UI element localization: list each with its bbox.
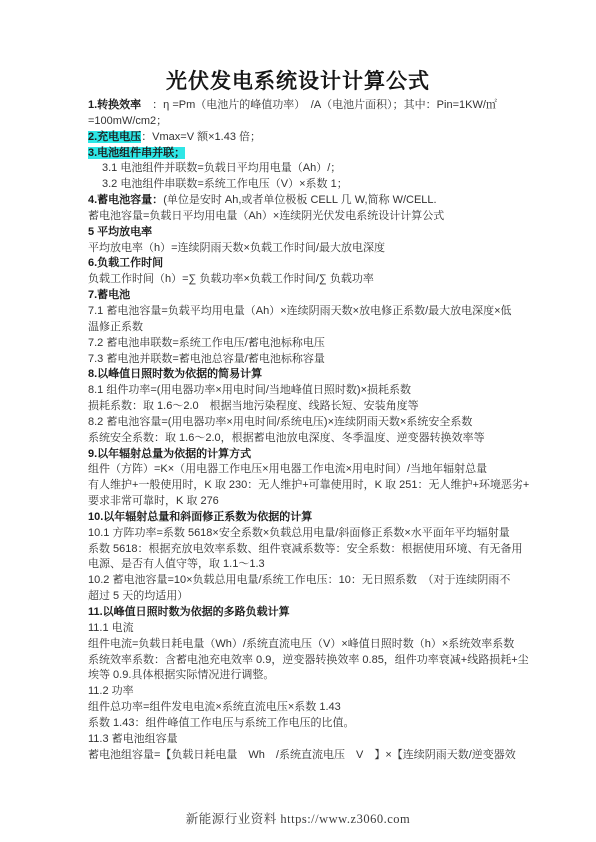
- doc-line: 有人维护+一般使用时，K 取 230：无人维护+可靠使用时，K 取 251：无人…: [88, 478, 558, 494]
- doc-line: 7.1 蓄电池容量=负载平均用电量（Ah）×连续阴雨天数×放电修正系数/最大放电…: [88, 304, 558, 320]
- doc-text: 负载工作时间（h）=∑ 负载功率×负载工作时间/∑ 负载功率: [88, 273, 374, 285]
- doc-text: ：Vmax=V 额×1.43 倍；: [141, 131, 261, 143]
- doc-text: 4.蓄电池容量：: [88, 194, 163, 206]
- doc-line: 9.以年辐射总量为依据的计算方式: [88, 447, 558, 463]
- doc-text: 7.2 蓄电池串联数=系统工作电压/蓄电池标称电压: [88, 337, 325, 349]
- doc-text: 组件电流=负载日耗电量（Wh）/系统直流电压（V）×峰值日照时数（h）×系统效率…: [88, 638, 514, 650]
- doc-line: 温修正系数: [88, 320, 558, 336]
- doc-text: 8.1 组件功率=(用电器功率×用电时间/当地峰值日照时数)×损耗系数: [88, 384, 411, 396]
- page-footer: 新能源行业资料 https://www.z3060.com: [0, 809, 596, 827]
- doc-text: 10.1 方阵功率=系数 5618×安全系数×负载总用电量/斜面修正系数×水平面…: [88, 527, 510, 539]
- doc-text: 3.2 电池组件串联数=系统工作电压（V）×系数 1；: [102, 178, 348, 190]
- doc-line: 8.2 蓄电池容量=(用电器功率×用电时间/系统电压)×连续阴雨天数×系统安全系…: [88, 415, 558, 431]
- doc-text: 5 平均放电率: [88, 226, 152, 238]
- doc-text: 系数 5618：根据充放电效率系数、组件衰减系数等：安全系数：根据使用环境、有无…: [88, 543, 523, 555]
- doc-text: 蓄电池容量=负载日平均用电量（Ah）×连续阴光伏发电系统设计计算公式: [88, 210, 444, 222]
- doc-line: 组件总功率=组件发电电流×系统直流电压×系数 1.43: [88, 700, 558, 716]
- doc-text: (单位是安时 Ah,或者单位极板 CELL 几 W,简称 W/CELL.: [163, 194, 436, 206]
- doc-line: 6.负载工作时间: [88, 256, 558, 272]
- footer-watermark-text: 新能源行业资料 https://www.z3060.com: [186, 812, 410, 826]
- doc-line: 平均放电率（h）=连续阴雨天数×负载工作时间/最大放电深度: [88, 241, 558, 257]
- document-body: 1.转换效率 ：η =Pm（电池片的峰值功率） /A（电池片面积）；其中：Pin…: [88, 98, 558, 763]
- doc-text: 7.3 蓄电池并联数=蓄电池总容量/蓄电池标称容量: [88, 353, 325, 365]
- doc-line: 系统安全系数：取 1.6～2.0，根据蓄电池放电深度、冬季温度、逆变器转换效率等: [88, 431, 558, 447]
- doc-text: 系统效率系数：含蓄电池充电效率 0.9，逆变器转换效率 0.85，组件功率衰减+…: [88, 654, 529, 666]
- doc-line: 系统效率系数：含蓄电池充电效率 0.9，逆变器转换效率 0.85，组件功率衰减+…: [88, 653, 558, 669]
- doc-line: 8.以峰值日照时数为依据的简易计算: [88, 367, 558, 383]
- doc-text: 系数 1.43：组件峰值工作电压与系统工作电压的比值。: [88, 717, 354, 729]
- doc-line: =100mW/cm2；: [88, 114, 558, 130]
- doc-text: 电源、是否有人值守等，取 1.1～1.3: [88, 558, 265, 570]
- doc-line: 3.1 电池组件并联数=负载日平均用电量（Ah）/；: [88, 161, 558, 177]
- doc-line: 组件电流=负载日耗电量（Wh）/系统直流电压（V）×峰值日照时数（h）×系统效率…: [88, 637, 558, 653]
- doc-line: 系数 5618：根据充放电效率系数、组件衰减系数等：安全系数：根据使用环境、有无…: [88, 542, 558, 558]
- doc-line: 要求非常可靠时，K 取 276: [88, 494, 558, 510]
- doc-line: 11.以峰值日照时数为依据的多路负载计算: [88, 605, 558, 621]
- doc-text: 6.负载工作时间: [88, 257, 163, 269]
- doc-line: 组件（方阵）=K×（用电器工作电压×用电器工作电流×用电时间）/当地年辐射总量: [88, 462, 558, 478]
- doc-line: 8.1 组件功率=(用电器功率×用电时间/当地峰值日照时数)×损耗系数: [88, 383, 558, 399]
- doc-text: 蓄电池组容量=【负载日耗电量 Wh /系统直流电压 V 】×【连续阴雨天数/逆变…: [88, 749, 516, 761]
- doc-line: 2.充电电压：Vmax=V 额×1.43 倍；: [88, 130, 558, 146]
- doc-line: 蓄电池组容量=【负载日耗电量 Wh /系统直流电压 V 】×【连续阴雨天数/逆变…: [88, 748, 558, 764]
- doc-text: 有人维护+一般使用时，K 取 230：无人维护+可靠使用时，K 取 251：无人…: [88, 479, 529, 491]
- doc-text: 1.转换效率: [88, 99, 141, 111]
- doc-text: 7.1 蓄电池容量=负载平均用电量（Ah）×连续阴雨天数×放电修正系数/最大放电…: [88, 305, 512, 317]
- doc-text: 8.2 蓄电池容量=(用电器功率×用电时间/系统电压)×连续阴雨天数×系统安全系…: [88, 416, 472, 428]
- doc-text: 11.3 蓄电池组容量: [88, 733, 178, 745]
- doc-line: 蓄电池容量=负载日平均用电量（Ah）×连续阴光伏发电系统设计计算公式: [88, 209, 558, 225]
- doc-line: 负载工作时间（h）=∑ 负载功率×负载工作时间/∑ 负载功率: [88, 272, 558, 288]
- doc-line: 7.3 蓄电池并联数=蓄电池总容量/蓄电池标称容量: [88, 352, 558, 368]
- doc-text: 11.1 电流: [88, 622, 134, 634]
- document-page: 光伏发电系统设计计算公式 1.转换效率 ：η =Pm（电池片的峰值功率） /A（…: [0, 0, 596, 842]
- doc-text: 7.蓄电池: [88, 289, 130, 301]
- doc-text: ：η =Pm（电池片的峰值功率） /A（电池片面积）；其中：Pin=1KW/㎡: [141, 99, 497, 111]
- doc-line: 11.3 蓄电池组容量: [88, 732, 558, 748]
- doc-line: 10.1 方阵功率=系数 5618×安全系数×负载总用电量/斜面修正系数×水平面…: [88, 526, 558, 542]
- doc-line: 10.以年辐射总量和斜面修正系数为依据的计算: [88, 510, 558, 526]
- doc-text: 超过 5 天的均适用）: [88, 590, 188, 602]
- doc-line: 7.2 蓄电池串联数=系统工作电压/蓄电池标称电压: [88, 336, 558, 352]
- doc-line: 系数 1.43：组件峰值工作电压与系统工作电压的比值。: [88, 716, 558, 732]
- doc-line: 10.2 蓄电池容量=10×负载总用电量/系统工作电压：10：无日照系数 （对于…: [88, 573, 558, 589]
- doc-line: 5 平均放电率: [88, 225, 558, 241]
- doc-line: 电源、是否有人值守等，取 1.1～1.3: [88, 557, 558, 573]
- highlighted-text: 3.电池组件串并联；: [88, 147, 185, 159]
- doc-line: 11.1 电流: [88, 621, 558, 637]
- doc-text: 11.以峰值日照时数为依据的多路负载计算: [88, 606, 290, 618]
- doc-text: 3.1 电池组件并联数=负载日平均用电量（Ah）/；: [102, 162, 341, 174]
- doc-line: 超过 5 天的均适用）: [88, 589, 558, 605]
- doc-text: 组件总功率=组件发电电流×系统直流电压×系数 1.43: [88, 701, 341, 713]
- doc-text: 埃等 0.9.具体根据实际情况进行调整。: [88, 669, 274, 681]
- doc-text: 组件（方阵）=K×（用电器工作电压×用电器工作电流×用电时间）/当地年辐射总量: [88, 463, 487, 475]
- doc-text: 10.以年辐射总量和斜面修正系数为依据的计算: [88, 511, 312, 523]
- doc-text: =100mW/cm2；: [88, 115, 167, 127]
- doc-line: 7.蓄电池: [88, 288, 558, 304]
- doc-text: 要求非常可靠时，K 取 276: [88, 495, 219, 507]
- doc-line: 3.2 电池组件串联数=系统工作电压（V）×系数 1；: [88, 177, 558, 193]
- doc-text: 10.2 蓄电池容量=10×负载总用电量/系统工作电压：10：无日照系数 （对于…: [88, 574, 510, 586]
- doc-text: 系统安全系数：取 1.6～2.0，根据蓄电池放电深度、冬季温度、逆变器转换效率等: [88, 432, 485, 444]
- doc-line: 1.转换效率 ：η =Pm（电池片的峰值功率） /A（电池片面积）；其中：Pin…: [88, 98, 558, 114]
- doc-line: 损耗系数：取 1.6～2.0 根据当地污染程度、线路长短、安装角度等: [88, 399, 558, 415]
- doc-text: 9.以年辐射总量为依据的计算方式: [88, 448, 251, 460]
- doc-line: 埃等 0.9.具体根据实际情况进行调整。: [88, 668, 558, 684]
- doc-line: 11.2 功率: [88, 684, 558, 700]
- highlighted-text: 2.充电电压: [88, 131, 141, 143]
- doc-text: 平均放电率（h）=连续阴雨天数×负载工作时间/最大放电深度: [88, 242, 385, 254]
- doc-text: 温修正系数: [88, 321, 143, 333]
- doc-text: 8.以峰值日照时数为依据的简易计算: [88, 368, 262, 380]
- doc-text: 损耗系数：取 1.6～2.0 根据当地污染程度、线路长短、安装角度等: [88, 400, 419, 412]
- doc-line: 3.电池组件串并联；: [88, 146, 558, 162]
- doc-line: 4.蓄电池容量：(单位是安时 Ah,或者单位极板 CELL 几 W,简称 W/C…: [88, 193, 558, 209]
- page-title: 光伏发电系统设计计算公式: [0, 65, 596, 95]
- doc-text: 11.2 功率: [88, 685, 134, 697]
